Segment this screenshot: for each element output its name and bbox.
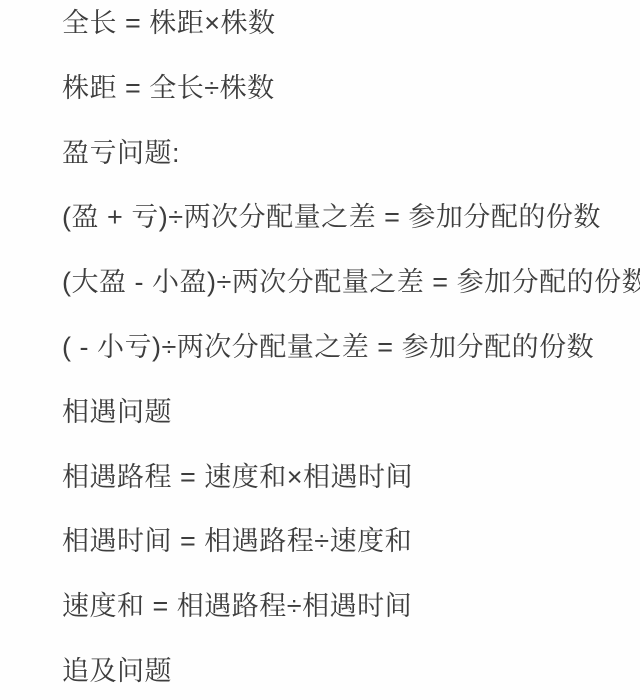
formula-line: 相遇时间 = 相遇路程÷速度和 xyxy=(62,509,620,574)
formula-line: 株距 = 全长÷株数 xyxy=(62,56,620,121)
formula-line: (大盈 - 小盈)÷两次分配量之差 = 参加分配的份数 xyxy=(62,250,620,315)
formula-line: ( - 小亏)÷两次分配量之差 = 参加分配的份数 xyxy=(62,315,620,380)
section-heading: 相遇问题 xyxy=(62,380,620,445)
formula-line: 相遇路程 = 速度和×相遇时间 xyxy=(62,445,620,510)
formula-line: 速度和 = 相遇路程÷相遇时间 xyxy=(62,574,620,639)
formula-line: (盈 + 亏)÷两次分配量之差 = 参加分配的份数 xyxy=(62,185,620,250)
formula-line: 全长 = 株距×株数 xyxy=(62,0,620,56)
section-heading: 追及问题 xyxy=(62,639,620,700)
section-heading: 盈亏问题: xyxy=(62,121,620,186)
formula-document: 全长 = 株距×株数 株距 = 全长÷株数 盈亏问题: (盈 + 亏)÷两次分配… xyxy=(0,0,640,691)
